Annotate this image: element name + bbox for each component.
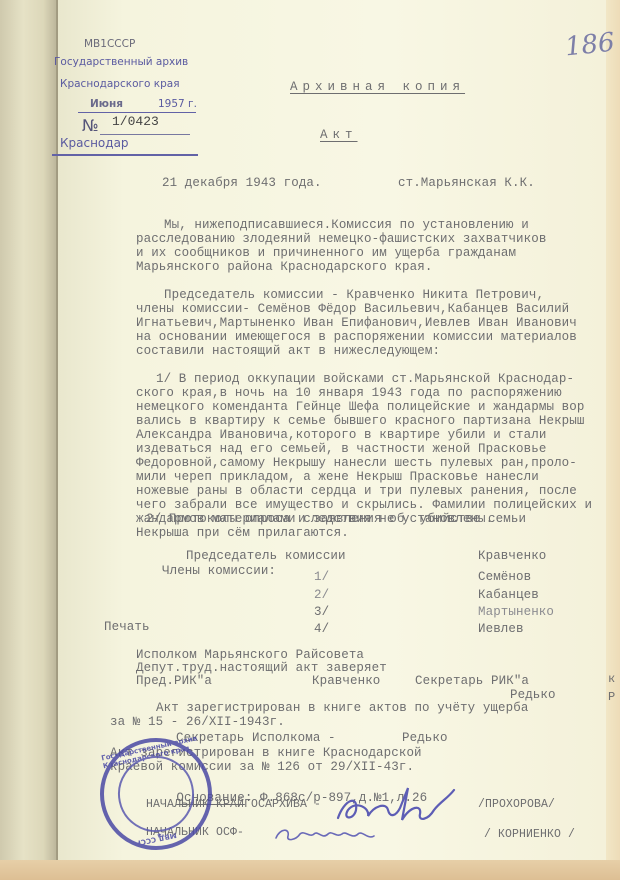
text-line: расследованию злодеяний немецко-фашистск…	[136, 232, 546, 246]
text-line: Исполком Марьянского Райсовета	[136, 648, 364, 662]
member-name: Мартыненко	[478, 605, 554, 619]
act-place: ст.Марьянская К.К.	[398, 176, 535, 190]
rik-chair-name: Кравченко	[312, 674, 380, 688]
text-line: ского края,в ночь на 10 января 1943 года…	[136, 386, 562, 400]
page-number: 186	[564, 27, 617, 62]
rik-secretary-name: Редько	[510, 688, 556, 702]
text-line: Депут.труд.настоящий акт заверяет	[136, 661, 387, 675]
text-line: немецкого коменданта Гейнце Шефа полицей…	[136, 400, 584, 414]
member-name: Иевлев	[478, 622, 524, 636]
book-binding-left-page	[0, 0, 58, 880]
text-line: 2/ Протоколы опроса и заявления об убийс…	[146, 512, 526, 526]
registration-line: Акт зарегистрирован в книге актов по учё…	[156, 701, 528, 715]
text-line: Мы, нижеподписавшиеся.Комиссия по устано…	[164, 218, 529, 232]
registration-line: за № 15 - 26/XII-1943г.	[110, 715, 285, 729]
text-line: на основании имеющегося в распоряжении к…	[136, 330, 577, 344]
chairman-name: Кравченко	[478, 549, 546, 563]
member-name: Кабанцев	[478, 588, 539, 602]
members-label: Члены комиссии:	[162, 564, 276, 578]
member-number: 4/	[314, 622, 329, 636]
secretary-name: Редько	[402, 731, 448, 745]
text-line: Марьянского района Краснодарского края.	[136, 260, 432, 274]
stamp-number-underline	[100, 134, 190, 135]
text-line: издеваться над его семьей, в частности ж…	[136, 442, 546, 456]
text-line: Федоровной,самому Некрышу нанесли шесть …	[136, 456, 577, 470]
stamp-rule	[78, 112, 196, 113]
rik-secretary-label: Секретарь РИК"а	[415, 674, 529, 688]
stamp-city: Краснодар	[60, 136, 129, 150]
act-date: 21 декабря 1943 года.	[162, 176, 322, 190]
seal-label: Печать	[104, 620, 150, 634]
head-archive-name: /ПРОХОРОВА/	[478, 798, 555, 811]
text-line: члены комиссии- Семёнов Фёдор Васильевич…	[136, 302, 569, 316]
secretary-label: Секретарь Исполкома -	[176, 731, 336, 745]
text-line: вались в квартиру к семье бывшего красно…	[136, 414, 584, 428]
member-number: 3/	[314, 605, 329, 619]
stamp-number-sign: №	[82, 116, 99, 135]
member-number: 1/	[314, 570, 329, 584]
text-line: и их сообщников и причиненного им ущерба…	[136, 246, 516, 260]
stamp-line-2: Государственный архив	[54, 56, 188, 68]
folder-edge	[0, 860, 620, 880]
stamp-number: 1/0423	[112, 114, 159, 129]
act-title: Акт	[320, 128, 358, 142]
chairman-label: Председатель комиссии	[186, 549, 346, 563]
text-line: Некрыша при сём прилагаются.	[136, 526, 349, 540]
text-line: ножевые раны в области сердца и три пуле…	[136, 484, 577, 498]
rik-chair-label: Пред.РИК"а	[136, 674, 212, 688]
stamp-line-3: Краснодарского края	[60, 78, 180, 90]
member-number: 2/	[314, 588, 329, 602]
archive-copy-heading: Архивная копия	[290, 80, 465, 94]
stamp-line-1: МВ1СССР	[84, 38, 135, 50]
signature-kornienko	[270, 818, 390, 848]
member-name: Семёнов	[478, 570, 531, 584]
text-line: составили настоящий акт в нижеследующем:	[136, 344, 440, 358]
text-line: Александра Ивановича,которого в квартире…	[136, 428, 546, 442]
stamp-date-month: Июня	[90, 98, 123, 110]
head-osf-name: / КОРНИЕНКО /	[484, 828, 575, 841]
text-line: Председатель комиссии - Кравченко Никита…	[164, 288, 544, 302]
stamp-date-year: 1957 г.	[158, 98, 197, 110]
next-page-edge	[604, 0, 620, 860]
margin-mark: Р	[608, 690, 615, 704]
text-line: мили череп прикладом, а жене Некрыш Прас…	[136, 470, 539, 484]
text-line: чего забрали все имущество и скрылись. Ф…	[136, 498, 592, 512]
text-line: 1/ В период оккупации войсками ст.Марьян…	[156, 372, 574, 386]
margin-mark: к	[608, 672, 615, 686]
text-line: Игнатьевич,Мартыненко Иван Епифанович,Ие…	[136, 316, 577, 330]
stamp-bottom-rule	[52, 154, 198, 156]
